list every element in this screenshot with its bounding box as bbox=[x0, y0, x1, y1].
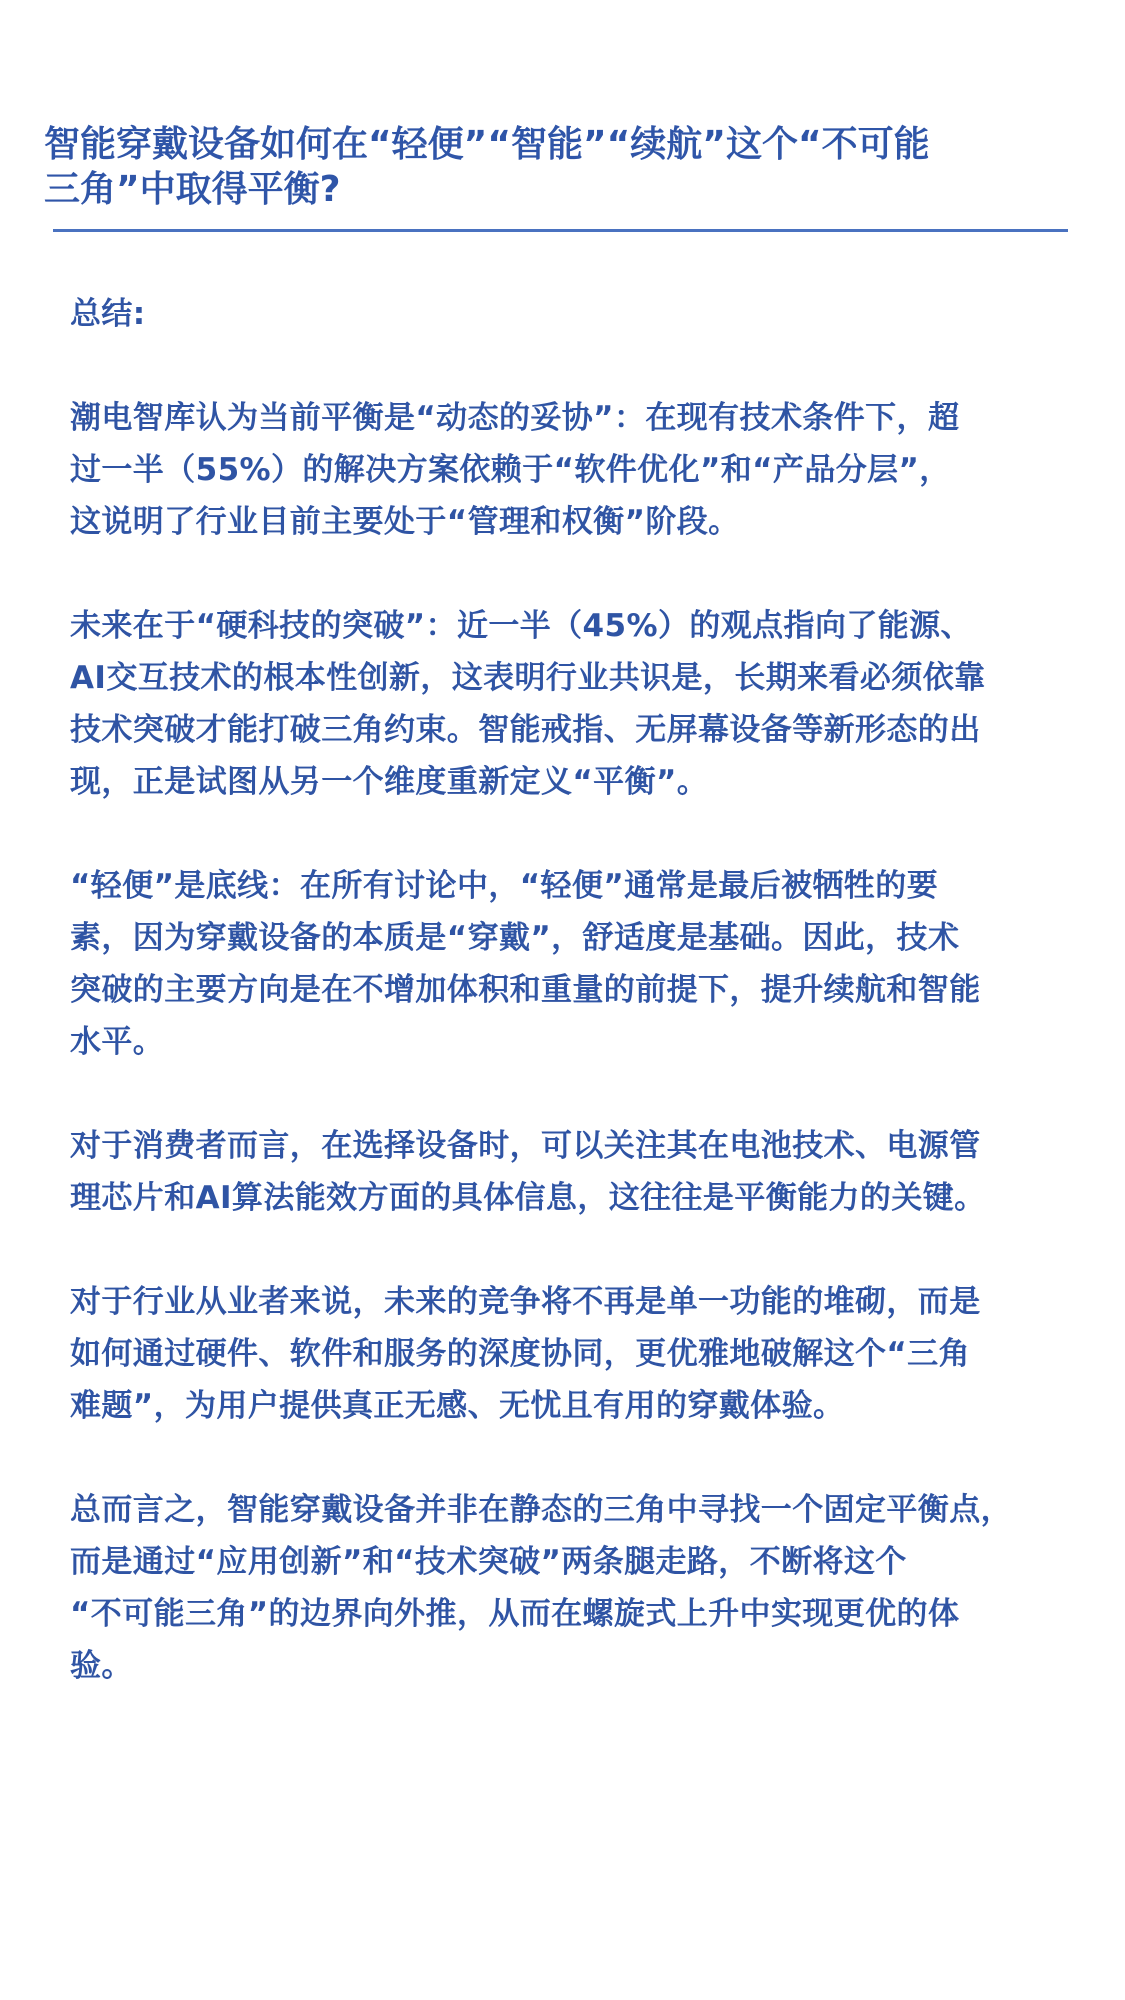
paragraph-line: 过一半（55%）的解决方案依赖于“软件优化”和“产品分层”， bbox=[70, 444, 1110, 496]
paragraph-consumer-advice: 对于消费者而言，在选择设备时，可以关注其在电池技术、电源管 理芯片和AI算法能效… bbox=[70, 1120, 1110, 1224]
paragraph-line: 现，正是试图从另一个维度重新定义“平衡”。 bbox=[70, 756, 1110, 808]
paragraph-line: AI交互技术的根本性创新，这表明行业共识是，长期来看必须依靠 bbox=[70, 652, 1110, 704]
summary-heading: 总结: bbox=[70, 288, 1110, 340]
title-line: 三角”中取得平衡? bbox=[44, 167, 1104, 212]
paragraph-line: 水平。 bbox=[70, 1016, 1110, 1068]
paragraph-line: 对于消费者而言，在选择设备时，可以关注其在电池技术、电源管 bbox=[70, 1120, 1110, 1172]
summary-heading-block: 总结: bbox=[70, 288, 1110, 340]
paragraph-line: 理芯片和AI算法能效方面的具体信息，这往往是平衡能力的关键。 bbox=[70, 1172, 1110, 1224]
summary-section: 总结: 潮电智库认为当前平衡是“动态的妥协”：在现有技术条件下，超 过一半（55… bbox=[70, 288, 1110, 1744]
paragraph-line: 潮电智库认为当前平衡是“动态的妥协”：在现有技术条件下，超 bbox=[70, 392, 1110, 444]
title-line: 智能穿戴设备如何在“轻便”“智能”“续航”这个“不可能 bbox=[44, 122, 1104, 167]
paragraph-line: 对于行业从业者来说，未来的竞争将不再是单一功能的堆砌，而是 bbox=[70, 1276, 1110, 1328]
paragraph-line: “不可能三角”的边界向外推，从而在螺旋式上升中实现更优的体 bbox=[70, 1588, 1110, 1640]
paragraph-line: “轻便”是底线：在所有讨论中，“轻便”通常是最后被牺牲的要 bbox=[70, 860, 1110, 912]
paragraph-industry-outlook: 对于行业从业者来说，未来的竞争将不再是单一功能的堆砌，而是 如何通过硬件、软件和… bbox=[70, 1276, 1110, 1432]
paragraph-lightness-baseline: “轻便”是底线：在所有讨论中，“轻便”通常是最后被牺牲的要 素，因为穿戴设备的本… bbox=[70, 860, 1110, 1068]
paragraph-line: 总而言之，智能穿戴设备并非在静态的三角中寻找一个固定平衡点， bbox=[70, 1484, 1110, 1536]
page-title: 智能穿戴设备如何在“轻便”“智能”“续航”这个“不可能 三角”中取得平衡? bbox=[44, 122, 1104, 212]
paragraph-line: 这说明了行业目前主要处于“管理和权衡”阶段。 bbox=[70, 496, 1110, 548]
paragraph-line: 未来在于“硬科技的突破”：近一半（45%）的观点指向了能源、 bbox=[70, 600, 1110, 652]
paragraph-line: 验。 bbox=[70, 1640, 1110, 1692]
title-divider bbox=[53, 229, 1068, 232]
paragraph-conclusion: 总而言之，智能穿戴设备并非在静态的三角中寻找一个固定平衡点， 而是通过“应用创新… bbox=[70, 1484, 1110, 1692]
paragraph-line: 技术突破才能打破三角约束。智能戒指、无屏幕设备等新形态的出 bbox=[70, 704, 1110, 756]
paragraph-line: 突破的主要方向是在不增加体积和重量的前提下，提升续航和智能 bbox=[70, 964, 1110, 1016]
paragraph-line: 如何通过硬件、软件和服务的深度协同，更优雅地破解这个“三角 bbox=[70, 1328, 1110, 1380]
paragraph-line: 素，因为穿戴设备的本质是“穿戴”，舒适度是基础。因此，技术 bbox=[70, 912, 1110, 964]
paragraph-dynamic-compromise: 潮电智库认为当前平衡是“动态的妥协”：在现有技术条件下，超 过一半（55%）的解… bbox=[70, 392, 1110, 548]
paragraph-line: 而是通过“应用创新”和“技术突破”两条腿走路，不断将这个 bbox=[70, 1536, 1110, 1588]
paragraph-line: 难题”，为用户提供真正无感、无忧且有用的穿戴体验。 bbox=[70, 1380, 1110, 1432]
paragraph-hard-tech-breakthrough: 未来在于“硬科技的突破”：近一半（45%）的观点指向了能源、 AI交互技术的根本… bbox=[70, 600, 1110, 808]
